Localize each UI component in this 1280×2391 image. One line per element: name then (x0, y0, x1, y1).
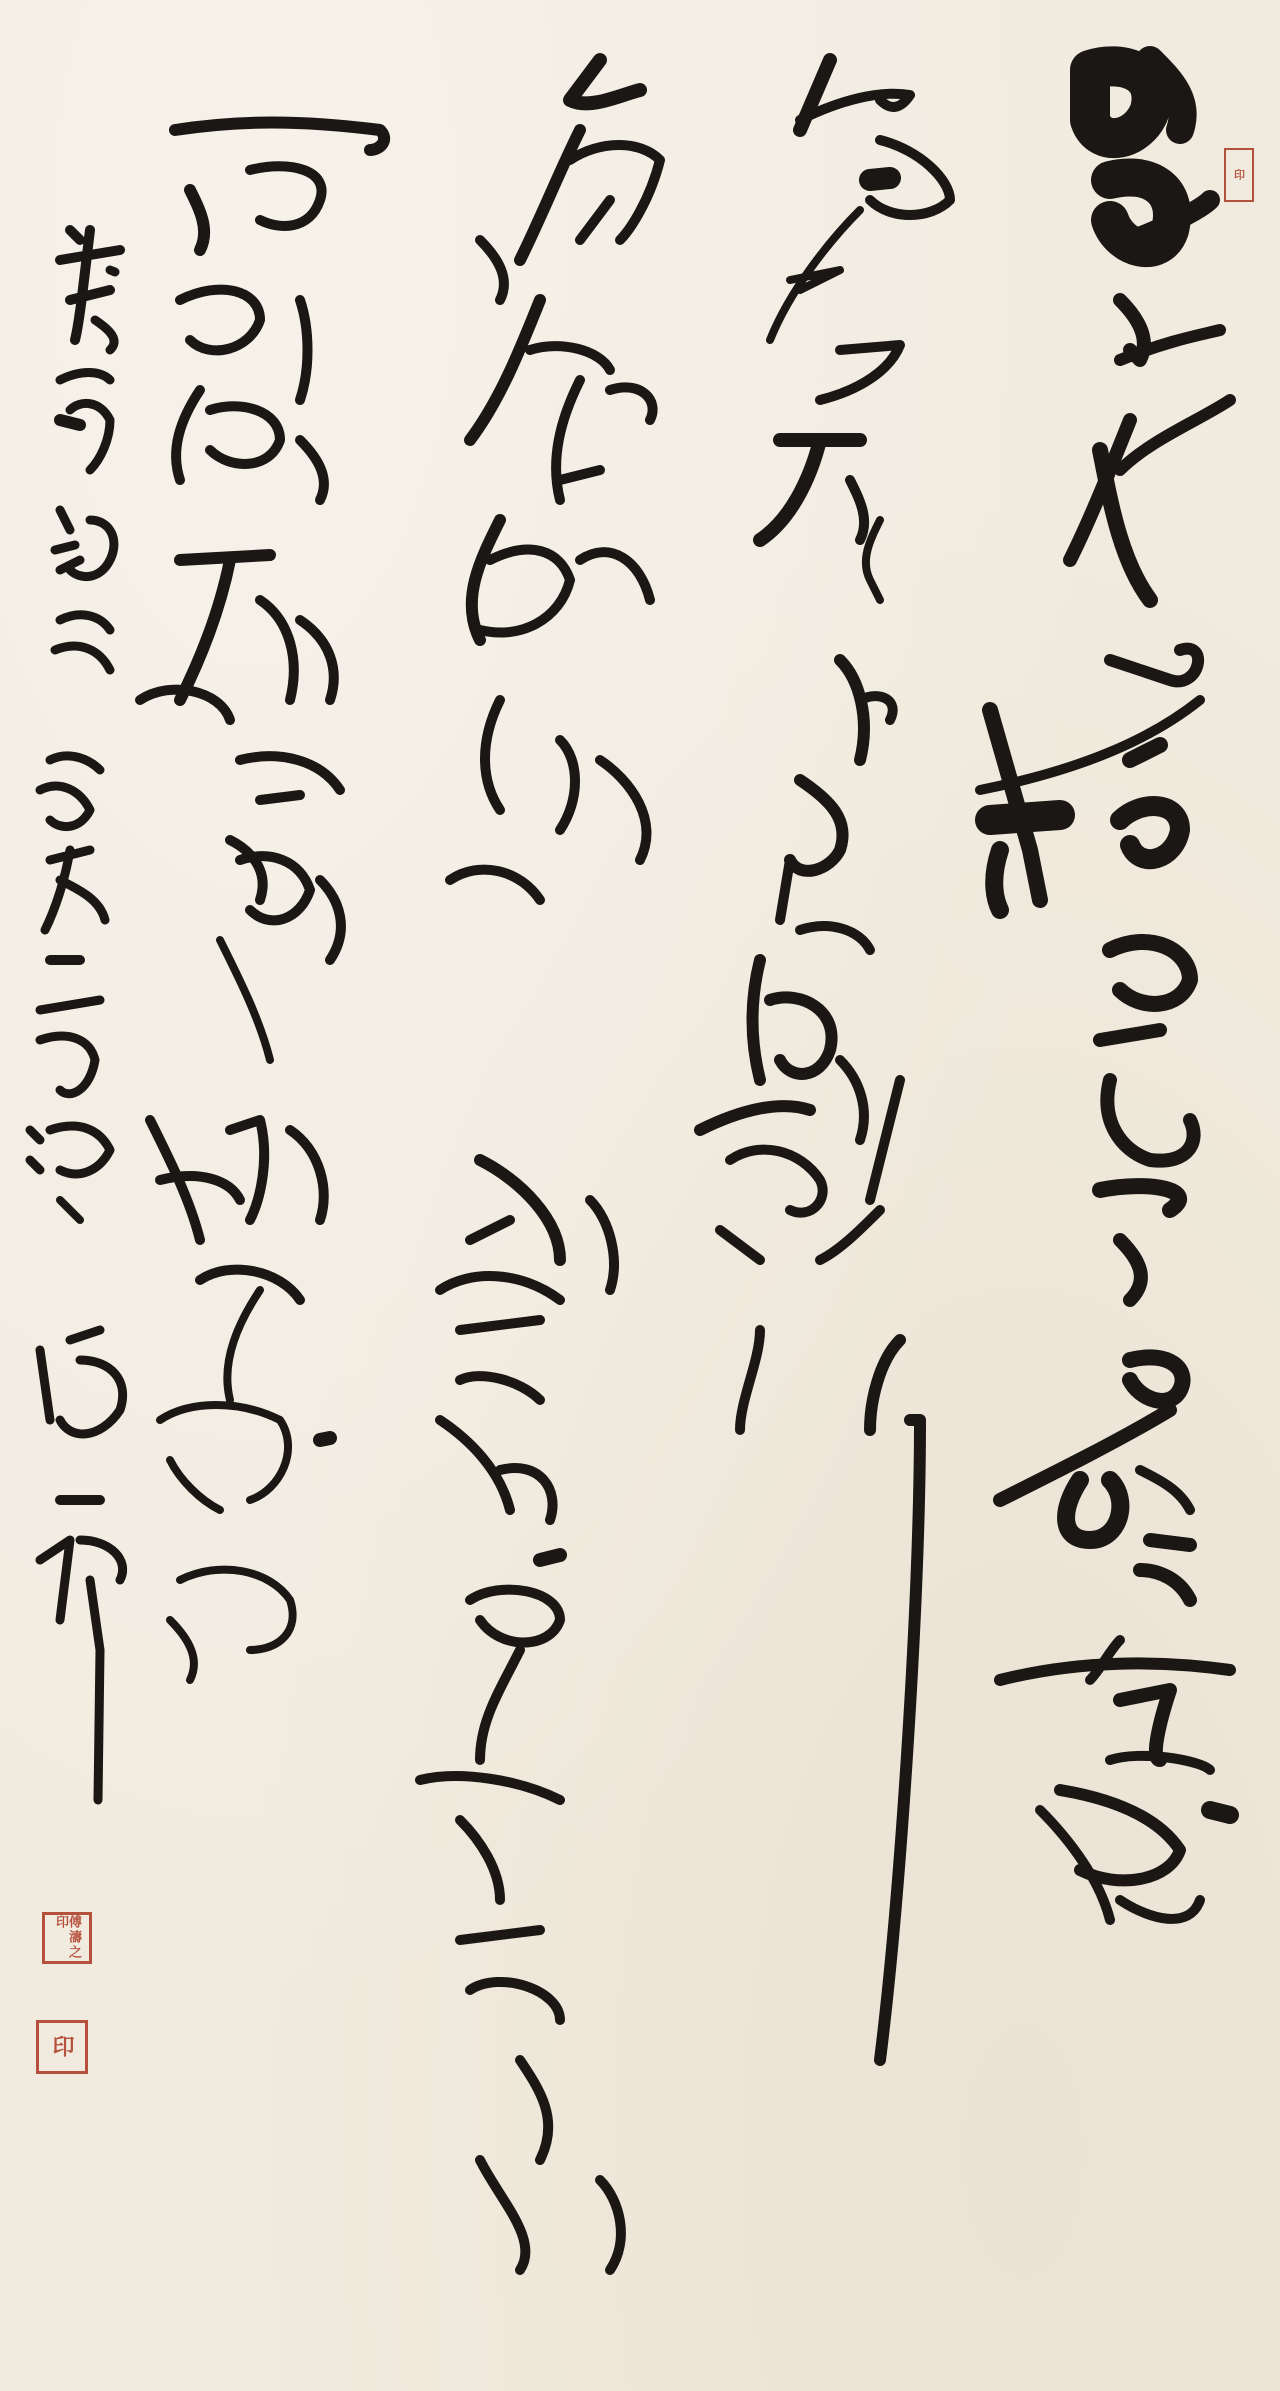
inscription-brushwork (0, 0, 1280, 2391)
seal-artist-name: 傅濤之印 (42, 1912, 92, 1964)
seal-upper-right: 印 (1224, 148, 1254, 202)
calligraphy-scroll: 印 傅濤之印 印 美哥錄寫老杜一首 海上 傅濤 一揮 (0, 0, 1280, 2391)
seal-lower-text: 印 (51, 2035, 73, 2059)
inscription-text: 美哥錄寫老杜一首 海上 傅濤 一揮 (0, 0, 1, 15)
seal-artist-name-text: 傅濤之印 (54, 1915, 80, 1961)
seal-lower: 印 (36, 2020, 88, 2074)
seal-upper-right-text: 印 (1234, 169, 1245, 182)
